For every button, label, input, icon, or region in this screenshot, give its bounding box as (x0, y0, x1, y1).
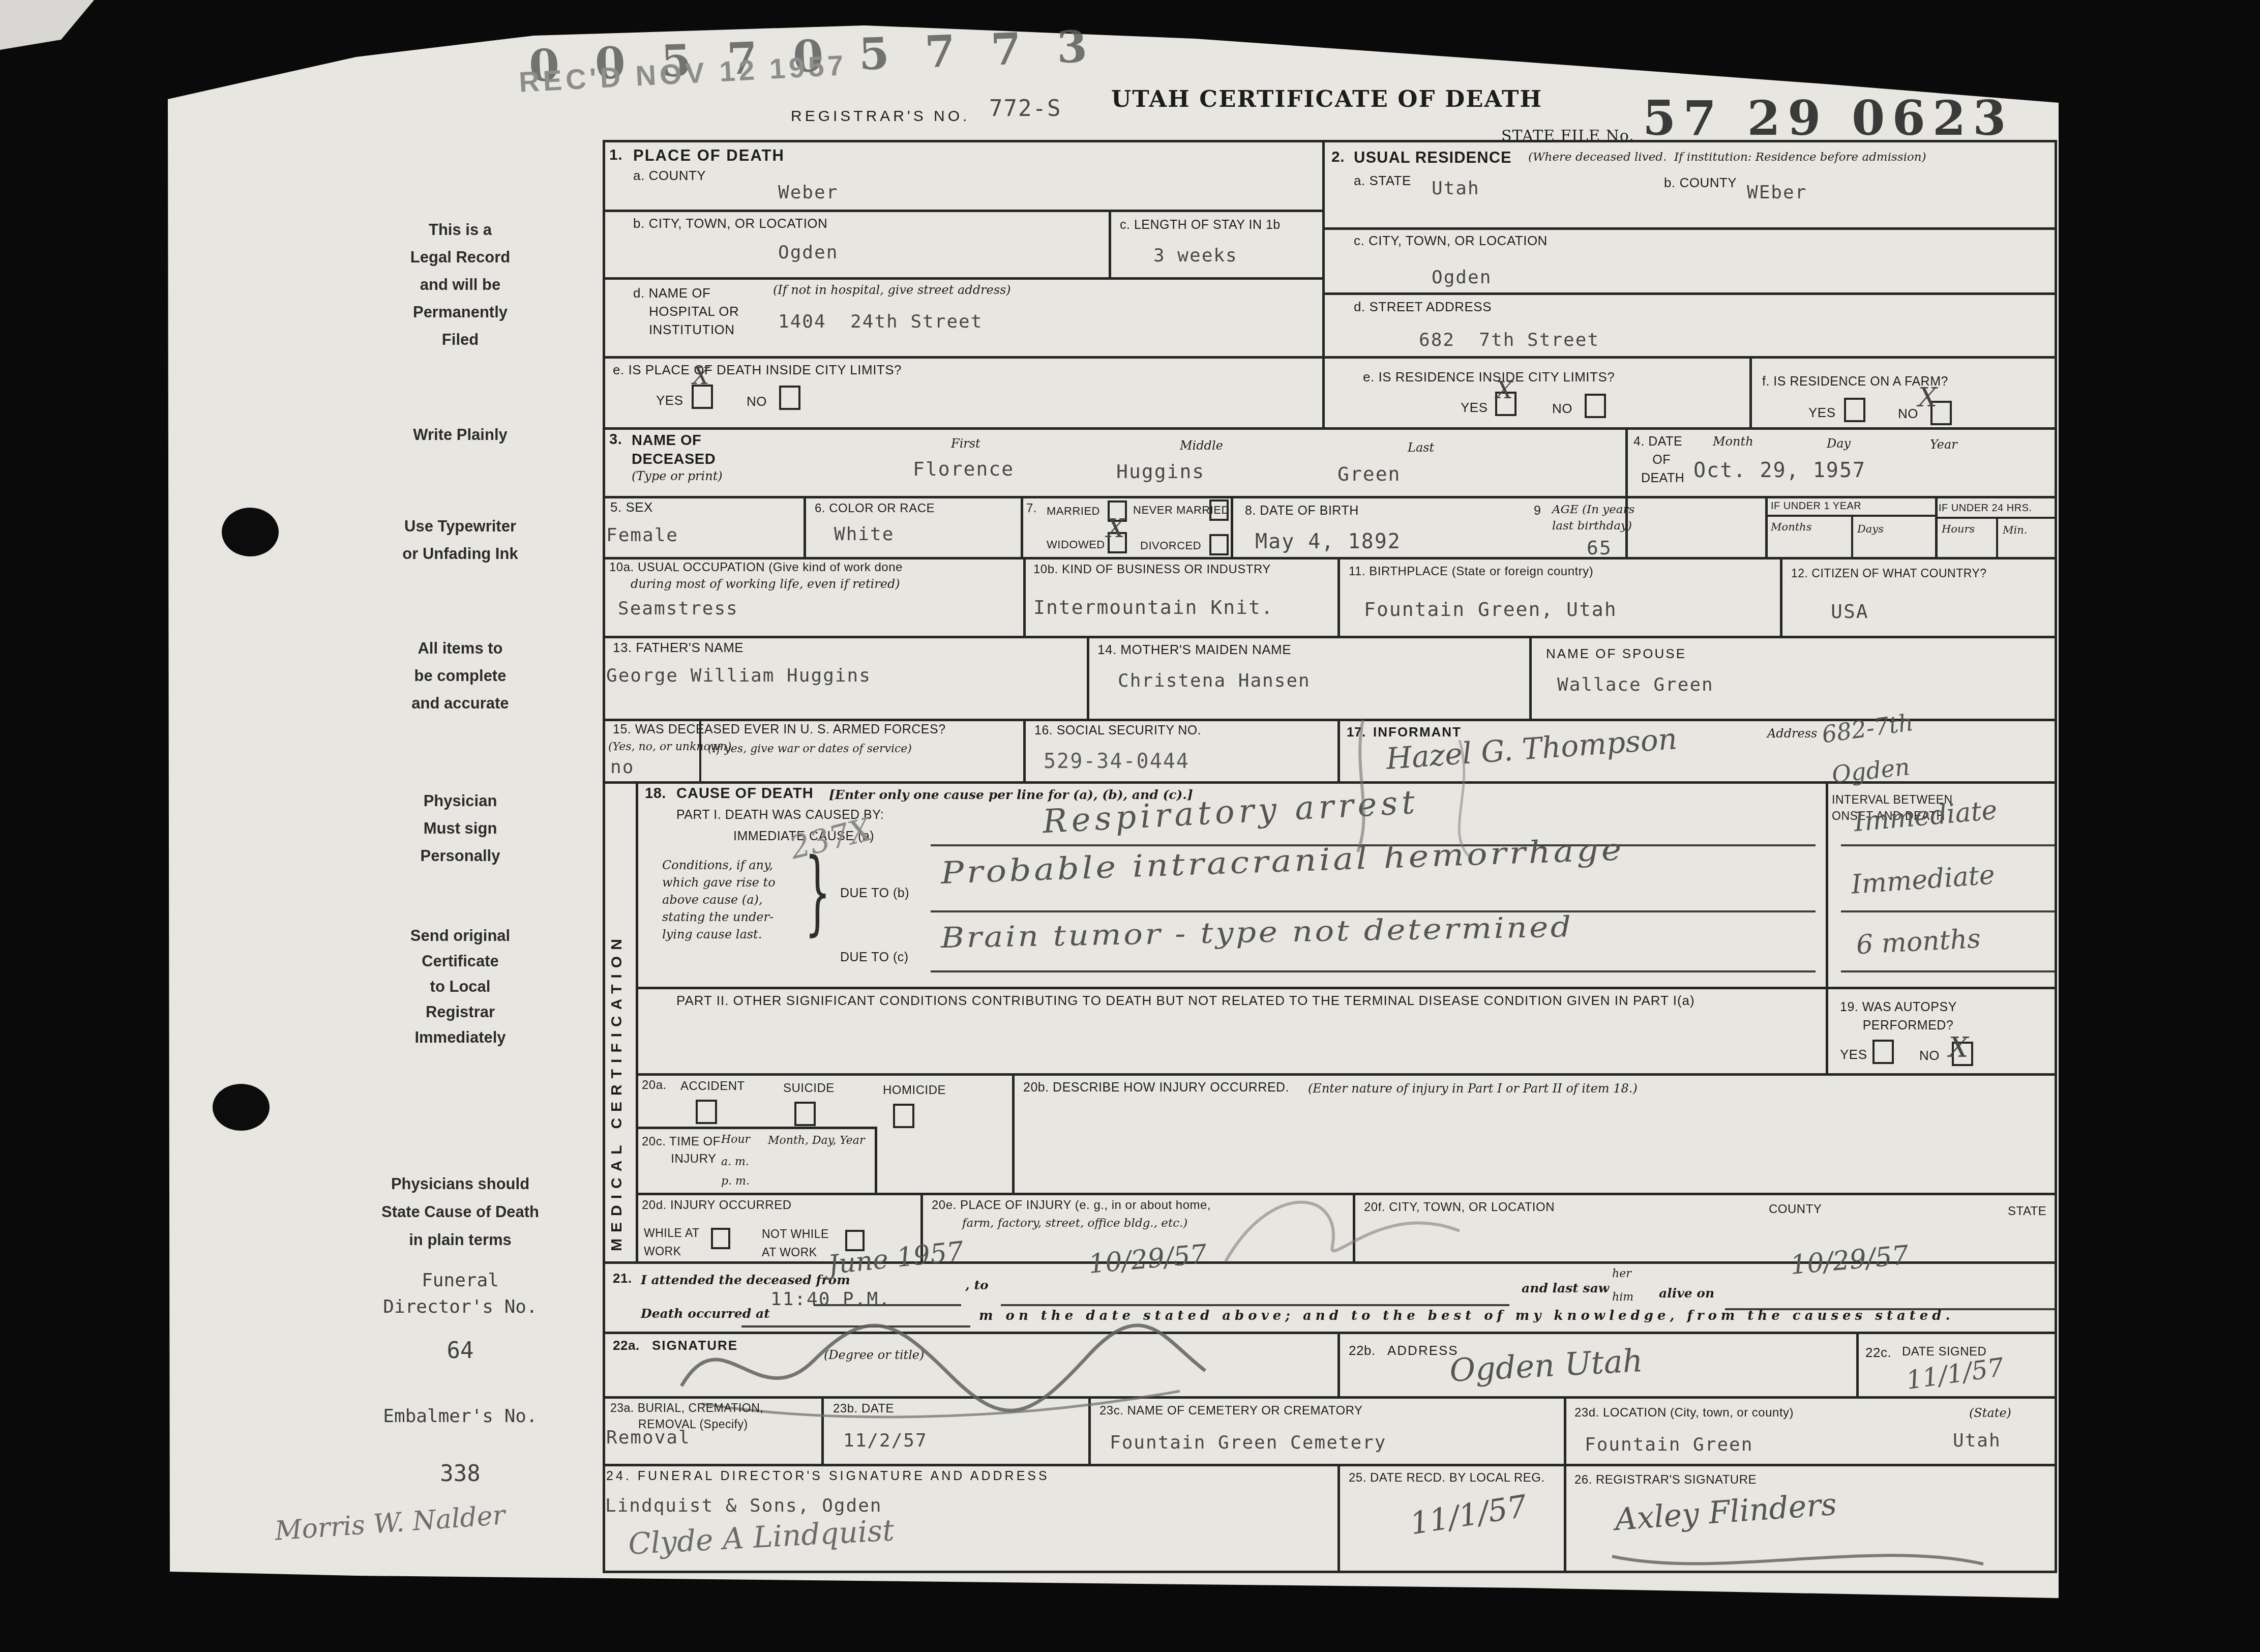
item3-first-value: Florence (913, 458, 1014, 480)
item20d-while-label: WHILE AT WORK (644, 1224, 700, 1260)
item18-conditions-note: Conditions, if any, which gave rise to a… (662, 857, 776, 943)
item14-label: 14. MOTHER'S MAIDEN NAME (1097, 642, 1291, 658)
city-limits-res-yes-mark: X (1496, 376, 1513, 404)
interval-c-line (1841, 970, 2055, 972)
item20a-no: 20a. (642, 1078, 667, 1093)
form-line (875, 1127, 877, 1193)
item1d-label: d. NAME OF HOSPITAL OR INSTITUTION (633, 284, 739, 339)
item23b-label: 23b. DATE (833, 1402, 894, 1416)
item11-value: Fountain Green, Utah (1364, 598, 1617, 621)
item18-part2-label: PART II. OTHER SIGNIFICANT CONDITIONS CO… (676, 993, 1695, 1009)
form-line (1765, 496, 1768, 557)
scanned-death-certificate: This is a Legal Record and will be Perma… (0, 0, 2260, 1652)
item21-text1: I attended the deceased from (641, 1273, 850, 1287)
item7-married-label: MARRIED (1047, 505, 1100, 518)
item1c-value: 3 weeks (1153, 245, 1238, 266)
item5-label: 5. SEX (610, 499, 653, 515)
item20e-note: farm, factory, street, office bldg., etc… (962, 1217, 1187, 1230)
item13-label: 13. FATHER'S NAME (613, 640, 744, 656)
item7-widowed-label: WIDOWED (1047, 538, 1105, 551)
item17-address-label: Address (1767, 726, 1817, 741)
state-file-no-value: 57 29 0623 (1643, 91, 2013, 146)
embalmers-no-label: Embalmer's No. (328, 1406, 592, 1427)
item20f-county-label: COUNTY (1769, 1202, 1822, 1217)
city-limits-death-label: e. IS PLACE OF DEATH INSIDE CITY LIMITS? (613, 362, 902, 378)
item7-divorced-checkbox (1209, 534, 1229, 555)
item4-year-label: Year (1930, 437, 1957, 452)
form-line (603, 140, 2057, 142)
form-line (603, 557, 2057, 559)
item23c-label: 23c. NAME OF CEMETERY OR CREMATORY (1099, 1404, 1363, 1418)
item20b-label: 20b. DESCRIBE HOW INJURY OCCURRED. (1023, 1080, 1289, 1095)
item2a-value: Utah (1432, 178, 1480, 199)
item5-value: Female (606, 525, 678, 546)
item16-value: 529-34-0444 (1044, 750, 1190, 773)
form-line (1087, 636, 1089, 719)
item22c-no-label: 22c. (1865, 1345, 1891, 1361)
item9-hours-label: Hours (1942, 523, 1975, 535)
sidebar-note: This is a Legal Record and will be Perma… (328, 216, 592, 353)
item4-label: 4. DATE OF DEATH (1633, 432, 1684, 487)
pencil-scrawl (1343, 710, 1556, 862)
item20c-label: 20c. TIME OF INJURY (642, 1133, 721, 1168)
item14-value: Christena Hansen (1118, 670, 1311, 691)
item4-month-label: Month (1713, 434, 1753, 449)
pencil-scrawl (1210, 1170, 1475, 1272)
city-limits-res-yes-label: YES (1461, 400, 1488, 416)
item1-label: PLACE OF DEATH (633, 146, 785, 165)
registrars-no-value: 772-S (989, 96, 1061, 122)
item2a-label: a. STATE (1354, 173, 1411, 189)
interval-c-value: 6 months (1856, 924, 1982, 961)
item18-due-b-label: DUE TO (b) (840, 886, 909, 901)
item9-label: AGE (In years last birthday) (1552, 501, 1634, 534)
item3-label: NAME OF DECEASED (632, 431, 716, 469)
item15-label: 15. WAS DECEASED EVER IN U. S. ARMED FOR… (613, 722, 946, 737)
item1d-value: 1404 24th Street (778, 311, 983, 332)
spouse-value: Wallace Green (1557, 674, 1714, 695)
item20f-state-label: STATE (2008, 1204, 2046, 1219)
item9-no: 9 (1534, 504, 1541, 518)
item23a-value: Removal (606, 1427, 691, 1448)
item3-middle-value: Huggins (1116, 460, 1205, 483)
item1c-label: c. LENGTH OF STAY IN 1b (1120, 218, 1281, 232)
item2d-value: 682 7th Street (1419, 330, 1599, 350)
scan-corner-artifact (0, 0, 102, 51)
item19-no-mark: X (1949, 1031, 1968, 1064)
item6-label: 6. COLOR OR RACE (815, 501, 935, 516)
item1b-label: b. CITY, TOWN, OR LOCATION (633, 216, 827, 231)
form-line (603, 496, 2057, 498)
item25-label: 25. DATE RECD. BY LOCAL REG. (1349, 1471, 1545, 1485)
item20d-not-while-label: NOT WHILE AT WORK (762, 1225, 829, 1261)
item2c-value: Ogden (1432, 267, 1492, 288)
item7-no: 7. (1026, 501, 1037, 516)
form-line (1337, 719, 1340, 781)
sidebar-note: Send original Certificate to Local Regis… (328, 923, 592, 1050)
farm-yes-checkbox (1844, 398, 1865, 422)
item3-middle-label: Middle (1180, 438, 1223, 453)
item24-value: Lindquist & Sons, Ogden (605, 1495, 882, 1516)
item12-value: USA (1831, 600, 1869, 623)
item1a-label: a. COUNTY (633, 168, 706, 184)
form-line (1529, 636, 1532, 719)
item19-yes-label: YES (1840, 1047, 1867, 1063)
item20e-label: 20e. PLACE OF INJURY (e. g., in or about… (932, 1198, 1211, 1213)
item19-no-label: NO (1919, 1048, 1940, 1064)
item21-to-label: , to (965, 1278, 989, 1292)
form-line (1337, 1332, 1340, 1396)
item20a-accident-label: ACCIDENT (680, 1079, 745, 1094)
form-line (603, 277, 1322, 280)
form-line (636, 987, 2057, 989)
item3-no: 3. (609, 431, 622, 448)
item9-months-label: Months (1771, 521, 1811, 533)
item21-text3: alive on (1659, 1286, 1714, 1301)
medical-certification-vertical-label: MEDICAL CERTIFICATION (608, 814, 626, 1251)
certificate-title: UTAH CERTIFICATE OF DEATH (1111, 85, 1542, 112)
item21-no: 21. (613, 1271, 632, 1286)
item2-note: (Where deceased lived. If institution: R… (1528, 151, 1926, 164)
funeral-directors-no-value: 64 (328, 1338, 592, 1364)
item2-label: USUAL RESIDENCE (1354, 149, 1512, 167)
form-line (1625, 427, 1628, 557)
form-line (1765, 515, 1935, 517)
item13-value: George William Huggins (606, 665, 871, 686)
item3-first-label: First (951, 436, 980, 451)
interval-a-line (1841, 844, 2055, 846)
item8-label: 8. DATE OF BIRTH (1245, 504, 1359, 518)
form-line (1935, 496, 1938, 557)
form-line (1337, 1464, 1340, 1571)
item20a-suicide-label: SUICIDE (783, 1081, 835, 1096)
form-line (636, 781, 638, 1261)
form-line (1109, 210, 1111, 277)
item21-her-label: her (1612, 1267, 1631, 1280)
item22a-no: 22a. (613, 1338, 640, 1353)
item22b-no-label: 22b. (1349, 1343, 1376, 1359)
item18-no: 18. (645, 785, 666, 802)
form-line (636, 1073, 2057, 1076)
item23c-value: Fountain Green Cemetery (1110, 1432, 1387, 1453)
item16-label: 16. SOCIAL SECURITY NO. (1034, 723, 1201, 738)
form-line (1023, 719, 1026, 781)
form-line (1780, 557, 1782, 636)
item15-note2: (If yes, give war or dates of service) (708, 743, 912, 755)
item10a-label2: during most of working life, even if ret… (631, 577, 900, 591)
form-line (1231, 496, 1233, 557)
item2-no: 2. (1331, 149, 1345, 166)
form-line (636, 1127, 875, 1129)
item4-day-label: Day (1827, 436, 1851, 451)
item20c-am-label: a. m. (721, 1156, 749, 1168)
item7-widowed-mark: X (1107, 514, 1125, 543)
registrar-signature-flourish (1607, 1536, 1994, 1582)
form-line (1749, 356, 1752, 427)
form-line (603, 1464, 2057, 1466)
item18-due-c-label: DUE TO (c) (840, 950, 909, 965)
item20d-while-checkbox (711, 1228, 730, 1249)
item15-value: no (610, 757, 634, 778)
item23d-value: Fountain Green (1585, 1434, 1753, 1455)
item2b-label: b. COUNTY (1664, 175, 1737, 191)
form-line (1021, 496, 1023, 557)
sidebar-note: All items to be complete and accurate (328, 635, 592, 717)
item7-never-married-checkbox (1209, 499, 1229, 521)
form-line (1337, 557, 1340, 636)
sidebar-note: Physicians should State Cause of Death i… (328, 1170, 592, 1254)
sidebar-note: Write Plainly (328, 421, 592, 449)
item10a-label: 10a. USUAL OCCUPATION (Give kind of work… (609, 560, 903, 575)
hole-punch (222, 508, 279, 556)
form-line (603, 210, 1322, 212)
form-line (1851, 515, 1853, 557)
sidebar-note: Use Typewriter or Unfading Ink (328, 513, 592, 568)
item8-value: May 4, 1892 (1255, 530, 1401, 553)
item3-last-label: Last (1408, 440, 1434, 455)
form-line (1935, 517, 2055, 519)
item20a-homicide-label: HOMICIDE (883, 1083, 946, 1098)
item9-min-label: Min. (2003, 524, 2027, 536)
city-limits-res-label: e. IS RESIDENCE INSIDE CITY LIMITS? (1363, 369, 1615, 385)
item2b-value: WEber (1747, 182, 1807, 203)
item1a-value: Weber (778, 182, 838, 203)
item6-value: White (834, 524, 894, 545)
form-line (1023, 557, 1026, 636)
interval-b-line (1841, 910, 2055, 912)
cause-c-line (931, 970, 1816, 972)
form-line (1826, 781, 1828, 1073)
form-line (1996, 517, 1998, 557)
form-line (603, 427, 2057, 430)
city-limits-death-yes-label: YES (656, 393, 683, 408)
form-line (2055, 140, 2057, 1573)
item3-note: (Type or print) (632, 469, 723, 483)
item1d-note: (If not in hospital, give street address… (773, 283, 1011, 297)
city-limits-res-no-label: NO (1552, 401, 1572, 417)
farm-no-label: NO (1898, 406, 1918, 422)
item23b-value: 11/2/57 (843, 1430, 928, 1451)
registrars-no-label: REGISTRAR'S NO. (791, 108, 970, 125)
item2c-label: c. CITY, TOWN, OR LOCATION (1354, 233, 1548, 249)
item11-label: 11. BIRTHPLACE (State or foreign country… (1349, 565, 1593, 579)
item19-label: 19. WAS AUTOPSY PERFORMED? (1840, 998, 1957, 1035)
item1b-value: Ogden (778, 242, 838, 263)
item12-label: 12. CITIZEN OF WHAT COUNTRY? (1791, 567, 1987, 580)
hole-punch (213, 1084, 270, 1131)
item22b-label: ADDRESS (1387, 1343, 1459, 1359)
form-line (1564, 1396, 1566, 1464)
form-line (603, 140, 605, 1573)
item10b-label: 10b. KIND OF BUSINESS OR INDUSTRY (1033, 563, 1271, 577)
item18-label: CAUSE OF DEATH (676, 785, 814, 802)
item20b-note: (Enter nature of injury in Part I or Par… (1308, 1081, 1638, 1096)
city-limits-res-no-checkbox (1585, 394, 1606, 418)
item20a-accident-checkbox (696, 1100, 717, 1124)
item9-value: 65 (1587, 537, 1612, 559)
cause-b-line (931, 910, 1816, 912)
city-limits-death-no-checkbox (779, 386, 800, 410)
form-line (1564, 1464, 1566, 1571)
item23d-label: 23d. LOCATION (City, town, or county) (1574, 1406, 1794, 1420)
item1-no: 1. (609, 146, 622, 164)
item3-last-value: Green (1337, 463, 1401, 485)
item10b-value: Intermountain Knit. (1033, 596, 1274, 618)
item20a-homicide-checkbox (893, 1104, 914, 1128)
item24-label: 24. FUNERAL DIRECTOR'S SIGNATURE AND ADD… (606, 1469, 1050, 1484)
item7-divorced-label: DIVORCED (1140, 539, 1201, 552)
embalmers-no-value: 338 (328, 1461, 592, 1487)
item9-under1-label: IF UNDER 1 YEAR (1771, 500, 1861, 512)
item21-text2: and last saw (1522, 1281, 1609, 1295)
item2d-label: d. STREET ADDRESS (1354, 299, 1492, 315)
form-line (1322, 140, 1325, 427)
item20c-pm-label: p. m. (721, 1175, 750, 1188)
item20a-suicide-checkbox (794, 1102, 816, 1126)
item20c-mdy-label: Month, Day, Year (768, 1134, 865, 1147)
sidebar-note: Physician Must sign Personally (328, 787, 592, 870)
form-line (1012, 1073, 1015, 1193)
form-line (804, 496, 806, 557)
item9-under24-label: IF UNDER 24 HRS. (1939, 503, 2032, 514)
item9-days-label: Days (1857, 523, 1884, 535)
farm-no-mark: X (1918, 382, 1937, 413)
city-limits-death-no-label: NO (747, 394, 767, 409)
item23d-state-value: Utah (1953, 1430, 2001, 1451)
item20c-hour-label: Hour (721, 1133, 750, 1146)
form-line (1856, 1332, 1859, 1396)
form-line (603, 636, 2057, 638)
form-line (1322, 292, 2057, 295)
item4-value: Oct. 29, 1957 (1693, 459, 1866, 482)
item10a-value: Seamstress (618, 598, 738, 619)
city-limits-death-yes-mark: X (693, 362, 709, 390)
form-line (1322, 227, 2057, 230)
spouse-label: NAME OF SPOUSE (1546, 646, 1686, 662)
form-line (603, 356, 2057, 359)
farm-yes-label: YES (1808, 405, 1836, 421)
item19-yes-checkbox (1872, 1040, 1894, 1064)
item23d-state-label: (State) (1969, 1406, 2011, 1420)
item20d-label: 20d. INJURY OCCURRED (642, 1198, 792, 1213)
item21-him-label: him (1612, 1291, 1633, 1304)
item26-label: 26. REGISTRAR'S SIGNATURE (1574, 1473, 1757, 1487)
funeral-directors-no-label: Funeral Director's No. (328, 1267, 592, 1320)
